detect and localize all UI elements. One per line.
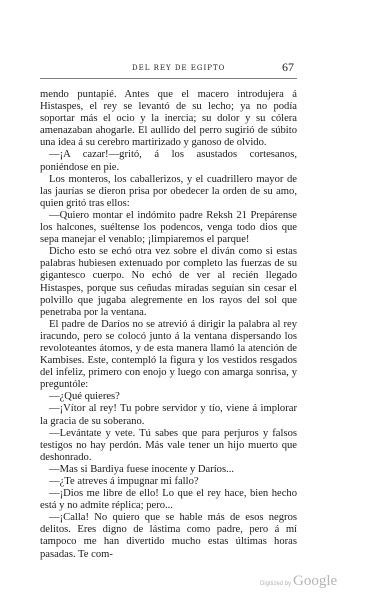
paragraph: —¿Qué quieres?	[40, 391, 297, 403]
book-page: DEL REY DE EGIPTO 67 mendo puntapié. Ant…	[40, 60, 297, 561]
paragraph: El padre de Daríos no se atrevió á dirig…	[40, 319, 297, 392]
paragraph: —¡A cazar!—gritó, á los asustados cortes…	[40, 149, 297, 173]
paragraph: —¡Dios me libre de ello! Lo que el rey h…	[40, 488, 297, 512]
google-logo-text: Google	[293, 573, 337, 589]
body-text: mendo puntapié. Antes que el macero intr…	[40, 89, 297, 561]
paragraph: Dicho esto se echó otra vez sobre el div…	[40, 246, 297, 319]
running-title: DEL REY DE EGIPTO	[132, 64, 225, 72]
page-number: 67	[282, 60, 294, 75]
paragraph: —¿Te atreves á impugnar mi fallo?	[40, 476, 297, 488]
running-head: DEL REY DE EGIPTO 67	[40, 60, 297, 76]
watermark-prefix: Digitized by	[260, 581, 291, 587]
paragraph: mendo puntapié. Antes que el macero intr…	[40, 89, 297, 149]
digitized-by-google-watermark: Digitized byGoogle	[260, 572, 337, 590]
paragraph: —¡Calla! No quiero que se hable más de e…	[40, 512, 297, 560]
paragraph: —Mas si Bardiya fuese inocente y Daríos.…	[40, 464, 297, 476]
header-rule	[40, 78, 297, 79]
paragraph: —¡Vítor al rey! Tu pobre servidor y tío,…	[40, 403, 297, 427]
paragraph: —Levántate y vete. Tú sabes que para per…	[40, 428, 297, 464]
paragraph: —Quiero montar el indómito padre Reksh 2…	[40, 210, 297, 246]
paragraph: Los monteros, los caballerizos, y el cua…	[40, 174, 297, 210]
